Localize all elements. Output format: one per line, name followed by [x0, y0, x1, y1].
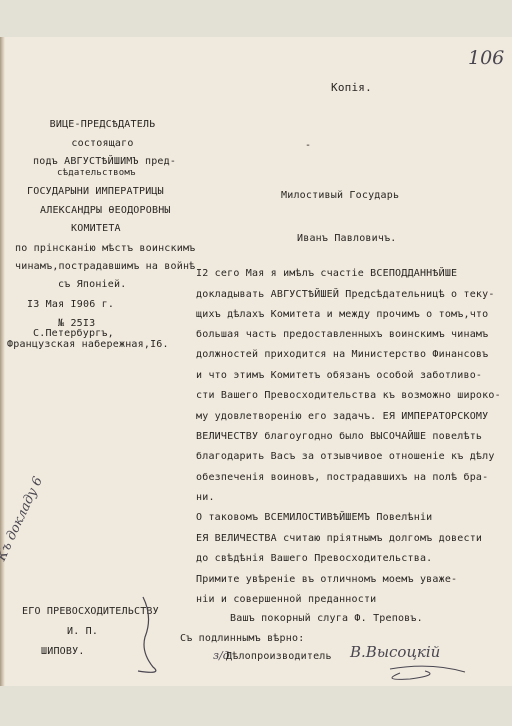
letterhead-line: АЛЕКСАНДРЫ ѲЕОДОРОВНЫ [40, 205, 171, 217]
body-line: благодарить Васъ за отзывчивое отношеніе… [196, 451, 495, 463]
folio-number: 106 [468, 47, 504, 69]
letter-date: I3 Мая I906 г. [27, 299, 114, 311]
body-line: му удовлетворенію его задачъ. ЕЯ ИМПЕРАТ… [196, 411, 488, 423]
letterhead-line: по прінсканію мѣстъ воинскимъ [15, 243, 195, 255]
dash-mark: - [305, 140, 311, 152]
letterhead-line: сѣдательствомъ [57, 167, 136, 179]
certification-line: Съ подлиннымъ вѣрно: [180, 633, 304, 645]
body-line: докладывать АВГУСТѢЙШЕЙ Предсѣдательницѣ… [196, 289, 495, 301]
body-line: щихъ дѣлахъ Комитета и между прочимъ о т… [196, 309, 488, 321]
letter-address: Французская набережная,I6. [7, 339, 169, 351]
body-line: большая часть предоставленныхъ воинскимъ… [196, 329, 488, 341]
document-page: 106 Копія. - ВИЦЕ-ПРЕДСѢДАТЕЛЬ состоящаг… [0, 37, 512, 686]
body-line: до свѣдѣнія Вашего Превосходительства. [196, 553, 432, 565]
body-line: и что этимъ Комитетъ обязанъ особой забо… [196, 370, 482, 382]
salutation-name: Иванъ Павловичъ. [297, 233, 397, 245]
margin-note: Къ докладу 6 [0, 475, 46, 564]
addressee-line: И. П. [67, 626, 98, 638]
body-line: обезпеченія воиновъ, пострадавшихъ на по… [196, 472, 488, 484]
letterhead-line: состоящаго [0, 138, 205, 150]
body-line: ВЕЛИЧЕСТВУ благоугодно было ВЫСОЧАЙШЕ по… [196, 431, 482, 443]
copy-label: Копія. [331, 82, 372, 94]
salutation-line: Милостивый Государь [281, 190, 399, 202]
letterhead-line: съ Японіей. [58, 279, 126, 291]
body-line: ніи и совершенной преданности [196, 594, 376, 606]
body-line: I2 сего Мая я имѣлъ счастіе ВСЕПОДДАННѢЙ… [196, 268, 457, 280]
body-line: должностей приходится на Министерство Фи… [196, 349, 488, 361]
letterhead-line: КОМИТЕТА [71, 223, 121, 235]
body-line: ни. [196, 492, 215, 504]
letterhead-title: ВИЦЕ-ПРЕДСѢДАТЕЛЬ [0, 119, 205, 131]
letterhead-line: чинамъ,пострадавшимъ на войнѣ [15, 261, 195, 273]
sender-signature-line: Вашъ покорный слуга Ф. Треповъ. [230, 613, 423, 625]
clerk-title: Дѣлопроизводитель [226, 651, 332, 663]
signature-flourish [370, 657, 470, 687]
letterhead-line: ГОСУДАРЫНИ ИМПЕРАТРИЦЫ [27, 186, 164, 198]
body-line: сти Вашего Превосходительства къ возможн… [196, 390, 501, 402]
body-line: О таковомъ ВСЕМИЛОСТИВѢЙШЕМЪ Повелѣніи [196, 512, 432, 524]
body-line: Примите увѣреніе въ отличномъ моемъ уваж… [196, 574, 457, 586]
body-line: ЕЯ ВЕЛИЧЕСТВА считаю пріятнымъ долгомъ д… [196, 533, 482, 545]
addressee-line: ШИПОВУ. [41, 646, 85, 658]
handwritten-stroke [133, 597, 173, 677]
